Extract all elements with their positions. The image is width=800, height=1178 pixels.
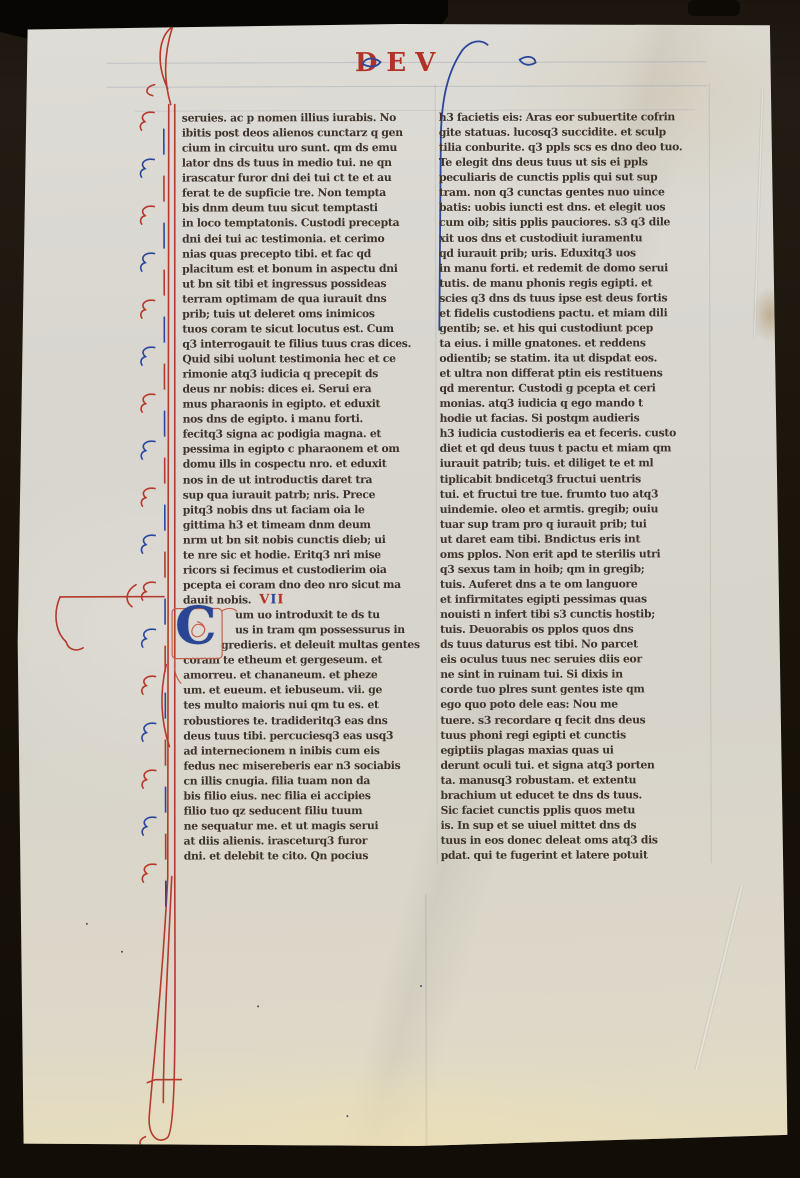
text-line: brachium ut educet te dns ds tuus. bbox=[441, 787, 709, 803]
text-line: dauit nobis.VII bbox=[183, 592, 431, 608]
text-line: tuis. Deuorabis os pplos quos dns bbox=[440, 621, 708, 637]
text-line: peculiaris de cunctis pplis qui sut sup bbox=[439, 169, 707, 185]
text-line: robustiores te. tradideritq3 eas dns bbox=[183, 712, 431, 728]
text-line: odientib; se statim. ita ut dispdat eos. bbox=[439, 350, 707, 366]
text-line: tuos coram te sicut locutus est. Cum bbox=[182, 321, 430, 337]
ink-speck bbox=[121, 951, 123, 953]
text-line: nouisti n infert tibi s3 cunctis hostib; bbox=[440, 606, 708, 622]
text-line: hodie ut facias. Si postqm audieris bbox=[440, 410, 708, 426]
ink-speck bbox=[346, 1115, 348, 1117]
column-text-block: h3 facietis eis: Aras eor subuertite cof… bbox=[439, 109, 709, 863]
chapter-block: C um uo introduxit te ds tuus in tram qm… bbox=[183, 607, 432, 864]
text-line: amorreu. et chananeum. et pheze bbox=[183, 667, 431, 683]
ink-speck bbox=[420, 985, 422, 987]
parchment-crease bbox=[753, 89, 764, 339]
text-line: batis: uobis iuncti est dns. et elegit u… bbox=[439, 200, 707, 216]
paraph-hook bbox=[142, 723, 156, 741]
initial-letter: C bbox=[175, 600, 216, 654]
paraph-hook bbox=[142, 864, 156, 882]
text-line: bis dnm deum tuu sicut temptasti bbox=[182, 200, 430, 216]
text-line: tilia conburite. q3 ppls scs es dno deo … bbox=[439, 139, 707, 155]
text-line: fedus nec misereberis ear n3 sociabis bbox=[183, 758, 431, 774]
text-line: ta. manusq3 robustam. et extentu bbox=[440, 772, 708, 788]
text-line: domu ills in cospectu nro. et eduxit bbox=[183, 456, 431, 472]
text-line: monias. atq3 iudicia q ego mando t bbox=[440, 395, 708, 411]
text-line: et ultra non differat ptin eis restituen… bbox=[439, 365, 707, 381]
running-title-letters: DEV bbox=[355, 48, 445, 78]
column-text-block: seruies. ac p nomen illius iurabis. Noib… bbox=[182, 110, 431, 608]
text-line: gite statuas. lucosq3 succidite. et scul… bbox=[439, 124, 707, 140]
text-line: fecitq3 signa ac podigia magna. et bbox=[183, 426, 431, 442]
text-line: tui. et fructui tre tue. frumto tuo atq3 bbox=[440, 486, 708, 502]
column-rule bbox=[709, 83, 712, 863]
text-line: qd iurauit prib; uris. Eduxitq3 uos bbox=[439, 245, 707, 261]
text-line: ferat te de supficie tre. Non tempta bbox=[182, 185, 430, 201]
text-line: pdat. qui te fugerint et latere potuit bbox=[441, 847, 709, 863]
text-line: tuar sup tram pro q iurauit prib; tui bbox=[440, 516, 708, 532]
paraph-hook bbox=[142, 676, 156, 694]
text-line: nrm ut bn sit nobis cunctis dieb; ui bbox=[183, 532, 431, 548]
text-line: oms pplos. Non erit apd te sterilis utri bbox=[440, 546, 708, 562]
ink-speck bbox=[86, 923, 88, 925]
paraph-hook bbox=[141, 441, 155, 459]
text-line: uindemie. oleo et armtis. gregib; ouiu bbox=[440, 501, 708, 517]
red-penwork-flourish bbox=[54, 27, 181, 1147]
text-line: diet et qd deus tuus t pactu et miam qm bbox=[440, 441, 708, 457]
text-line: et infirmitates egipti pessimas quas bbox=[440, 591, 708, 607]
ink-speck bbox=[257, 1005, 259, 1007]
text-line: q3 interrogauit te filius tuus cras dice… bbox=[182, 336, 430, 352]
text-line: ricors si fecimus et custodierim oia bbox=[183, 562, 431, 578]
text-line: cn illis cnugia. filia tuam non da bbox=[183, 773, 431, 789]
manuscript-photo: DEV bbox=[0, 0, 800, 1178]
text-line: um. et eueum. et iebuseum. vii. ge bbox=[183, 682, 431, 698]
text-line: pitq3 nobis dns ut faciam oia le bbox=[183, 502, 431, 518]
text-line: sup qua iurauit patrb; nris. Prece bbox=[183, 486, 431, 502]
text-line: tram. non q3 cunctas gentes nuo uince bbox=[439, 185, 707, 201]
text-line: tuus phoni regi egipti et cunctis bbox=[440, 727, 708, 743]
text-line: ad internecionem n inibis cum eis bbox=[183, 743, 431, 759]
text-line: seruies. ac p nomen illius iurabis. No bbox=[182, 110, 430, 126]
paraph-hook bbox=[141, 347, 155, 365]
text-line: nos in de ut introductis daret tra bbox=[183, 471, 431, 487]
paraph-hook bbox=[141, 394, 155, 412]
text-line: at diis alienis. irasceturq3 furor bbox=[184, 833, 432, 849]
text-line: is. In sup et se uiuel mittet dns ds bbox=[441, 817, 709, 833]
text-line: pessima in egipto c pharaonem et om bbox=[183, 441, 431, 457]
paraph-hook bbox=[141, 253, 155, 271]
text-line: gentib; se. et his qui custodiunt pcep bbox=[439, 320, 707, 336]
paraph-hook bbox=[141, 488, 155, 506]
column-rule bbox=[435, 84, 438, 864]
paraph-hook bbox=[141, 206, 155, 224]
text-line: dni. et delebit te cito. Qn pocius bbox=[184, 848, 432, 864]
text-line: rimonie atq3 iudicia q precepit ds bbox=[182, 366, 430, 382]
parchment-crease bbox=[694, 885, 743, 1070]
text-line: placitum est et bonum in aspectu dni bbox=[182, 261, 430, 277]
text-line: tes multo maioris nui qm tu es. et bbox=[183, 697, 431, 713]
text-line: egiptiis plagas maxias quas ui bbox=[440, 742, 708, 758]
text-line: qd merentur. Custodi g pcepta et ceri bbox=[439, 380, 707, 396]
text-line: Te elegit dns deus tuus ut sis ei ppls bbox=[439, 154, 707, 170]
paraph-hook bbox=[142, 629, 156, 647]
paraph-hook bbox=[141, 535, 155, 553]
text-line: cum oib; sitis pplis pauciores. s3 q3 di… bbox=[439, 215, 707, 231]
column-text-block: coram te etheum et gergeseum. etamorreu.… bbox=[183, 652, 432, 864]
text-line: pcepta ei coram dno deo nro sicut ma bbox=[183, 577, 431, 593]
text-line: terram optimam de qua iurauit dns bbox=[182, 291, 430, 307]
paraph-hook bbox=[142, 770, 156, 788]
text-line: iurauit patrib; tuis. et diliget te et m… bbox=[440, 456, 708, 472]
paraph-hook bbox=[140, 159, 154, 177]
text-line: cium in circuitu uro sunt. qm ds emu bbox=[182, 140, 430, 156]
text-column-right: h3 facietis eis: Aras eor subuertite cof… bbox=[439, 109, 709, 863]
chapter-numeral: VII bbox=[251, 592, 284, 607]
text-line: derunt oculi tui. et signa atq3 porten bbox=[440, 757, 708, 773]
text-line: tuere. s3 recordare q fecit dns deus bbox=[440, 712, 708, 728]
text-line: eis oculus tuus nec seruies diis eor bbox=[440, 651, 708, 667]
text-line: nos dns de egipto. i manu forti. bbox=[183, 411, 431, 427]
text-line: filio tuo qz seducent filiu tuum bbox=[184, 803, 432, 819]
text-line: tutis. de manu phonis regis egipti. et bbox=[439, 275, 707, 291]
text-column-left: seruies. ac p nomen illius iurabis. Noib… bbox=[182, 110, 432, 864]
text-line: prib; tuis ut deleret oms inimicos bbox=[182, 306, 430, 322]
text-line: in manu forti. et redemit de domo serui bbox=[439, 260, 707, 276]
text-line: deus tuus tibi. percuciesq3 eas usq3 bbox=[183, 727, 431, 743]
paraph-hook bbox=[142, 817, 156, 835]
paraph-hook bbox=[140, 112, 154, 130]
text-line: mus pharaonis in egipto. et eduxit bbox=[183, 396, 431, 412]
paraph-hook bbox=[142, 582, 156, 600]
text-line: gittima h3 et timeam dnm deum bbox=[183, 517, 431, 533]
text-line: xit uos dns et custodiuit iuramentu bbox=[439, 230, 707, 246]
text-line: tiplicabit bndicetq3 fructui uentris bbox=[440, 471, 708, 487]
text-line: h3 facietis eis: Aras eor subuertite cof… bbox=[439, 109, 707, 125]
text-line: Quid sibi uolunt testimonia hec et ce bbox=[182, 351, 430, 367]
text-line: bis filio eius. nec filia ei accipies bbox=[184, 788, 432, 804]
text-line: ne sint in ruinam tui. Si dixis in bbox=[440, 667, 708, 683]
text-line: ut daret eam tibi. Bndictus eris int bbox=[440, 531, 708, 547]
text-line: h3 iudicia custodieris ea et feceris. cu… bbox=[440, 426, 708, 442]
running-title: DEV bbox=[15, 47, 785, 79]
text-line: nias quas precepto tibi. et fac qd bbox=[182, 245, 430, 261]
text-line: te nre sic et hodie. Eritq3 nri mise bbox=[183, 547, 431, 563]
parchment-leaf: DEV bbox=[15, 23, 788, 1147]
text-line: ego quo poto dele eas: Nou me bbox=[440, 697, 708, 713]
text-line: scies q3 dns ds tuus ipse est deus forti… bbox=[439, 290, 707, 306]
text-line: corde tuo plres sunt gentes iste qm bbox=[440, 682, 708, 698]
text-line: q3 sexus tam in hoib; qm in gregib; bbox=[440, 561, 708, 577]
text-line: tuus in eos donec deleat oms atq3 dis bbox=[441, 832, 709, 848]
text-line: ta eius. i mille gnatones. et reddens bbox=[439, 335, 707, 351]
margin-paraph-marks bbox=[140, 112, 166, 906]
text-line: deus nr nobis: dices ei. Serui era bbox=[182, 381, 430, 397]
text-line: lator dns ds tuus in medio tui. ne qn bbox=[182, 155, 430, 171]
text-line: in loco temptatonis. Custodi precepta bbox=[182, 215, 430, 231]
text-line: tuis. Auferet dns a te om languore bbox=[440, 576, 708, 592]
ruling-line bbox=[107, 85, 707, 88]
parchment-crease bbox=[425, 894, 428, 1154]
illuminated-initial: C bbox=[171, 608, 227, 662]
text-line: ut bn sit tibi et ingressus possideas bbox=[182, 276, 430, 292]
text-line: dni dei tui ac testimonia. et cerimo bbox=[182, 230, 430, 246]
text-line: et fidelis custodiens pactu. et miam dil… bbox=[439, 305, 707, 321]
text-line: Sic faciet cunctis pplis quos metu bbox=[441, 802, 709, 818]
text-line: irascatur furor dni dei tui ct te et au bbox=[182, 170, 430, 186]
text-line: ds tuus daturus est tibi. No parcet bbox=[440, 636, 708, 652]
paraph-hook bbox=[141, 300, 155, 318]
text-line: ibitis post deos alienos cunctarz q gen bbox=[182, 125, 430, 141]
text-line: ne sequatur me. et ut magis serui bbox=[184, 818, 432, 834]
